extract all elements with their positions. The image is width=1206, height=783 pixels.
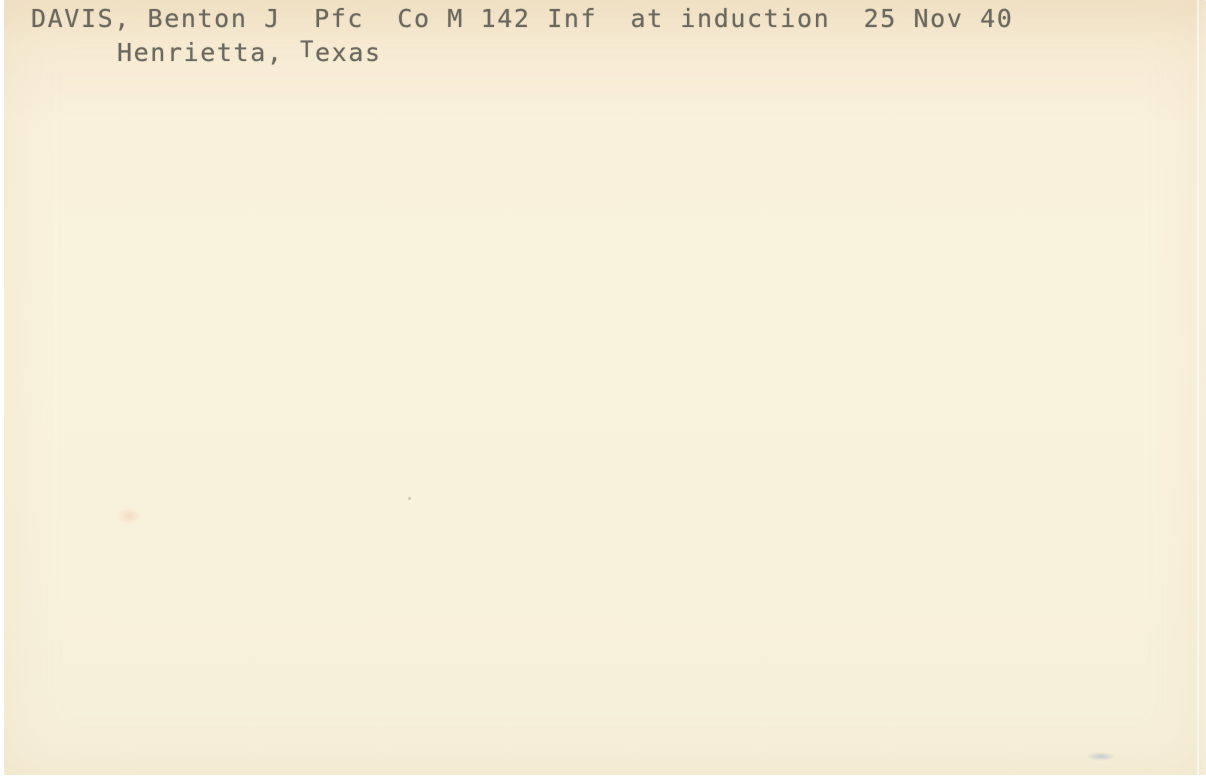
- paper-spot: [116, 508, 142, 524]
- state-rest-text: exas: [315, 38, 382, 67]
- blue-ink-mark: [1086, 752, 1116, 761]
- typed-line-city-state: Henrietta, Texas: [117, 38, 382, 67]
- paper-speck: [408, 497, 411, 500]
- typed-line-soldier-record: DAVIS, Benton J Pfc Co M 142 Inf at indu…: [31, 4, 1013, 33]
- city-text: Henrietta,: [117, 38, 300, 67]
- card-edge-highlight: [1197, 0, 1199, 775]
- raised-t-letter: T: [300, 38, 315, 63]
- index-card: DAVIS, Benton J Pfc Co M 142 Inf at indu…: [4, 0, 1206, 775]
